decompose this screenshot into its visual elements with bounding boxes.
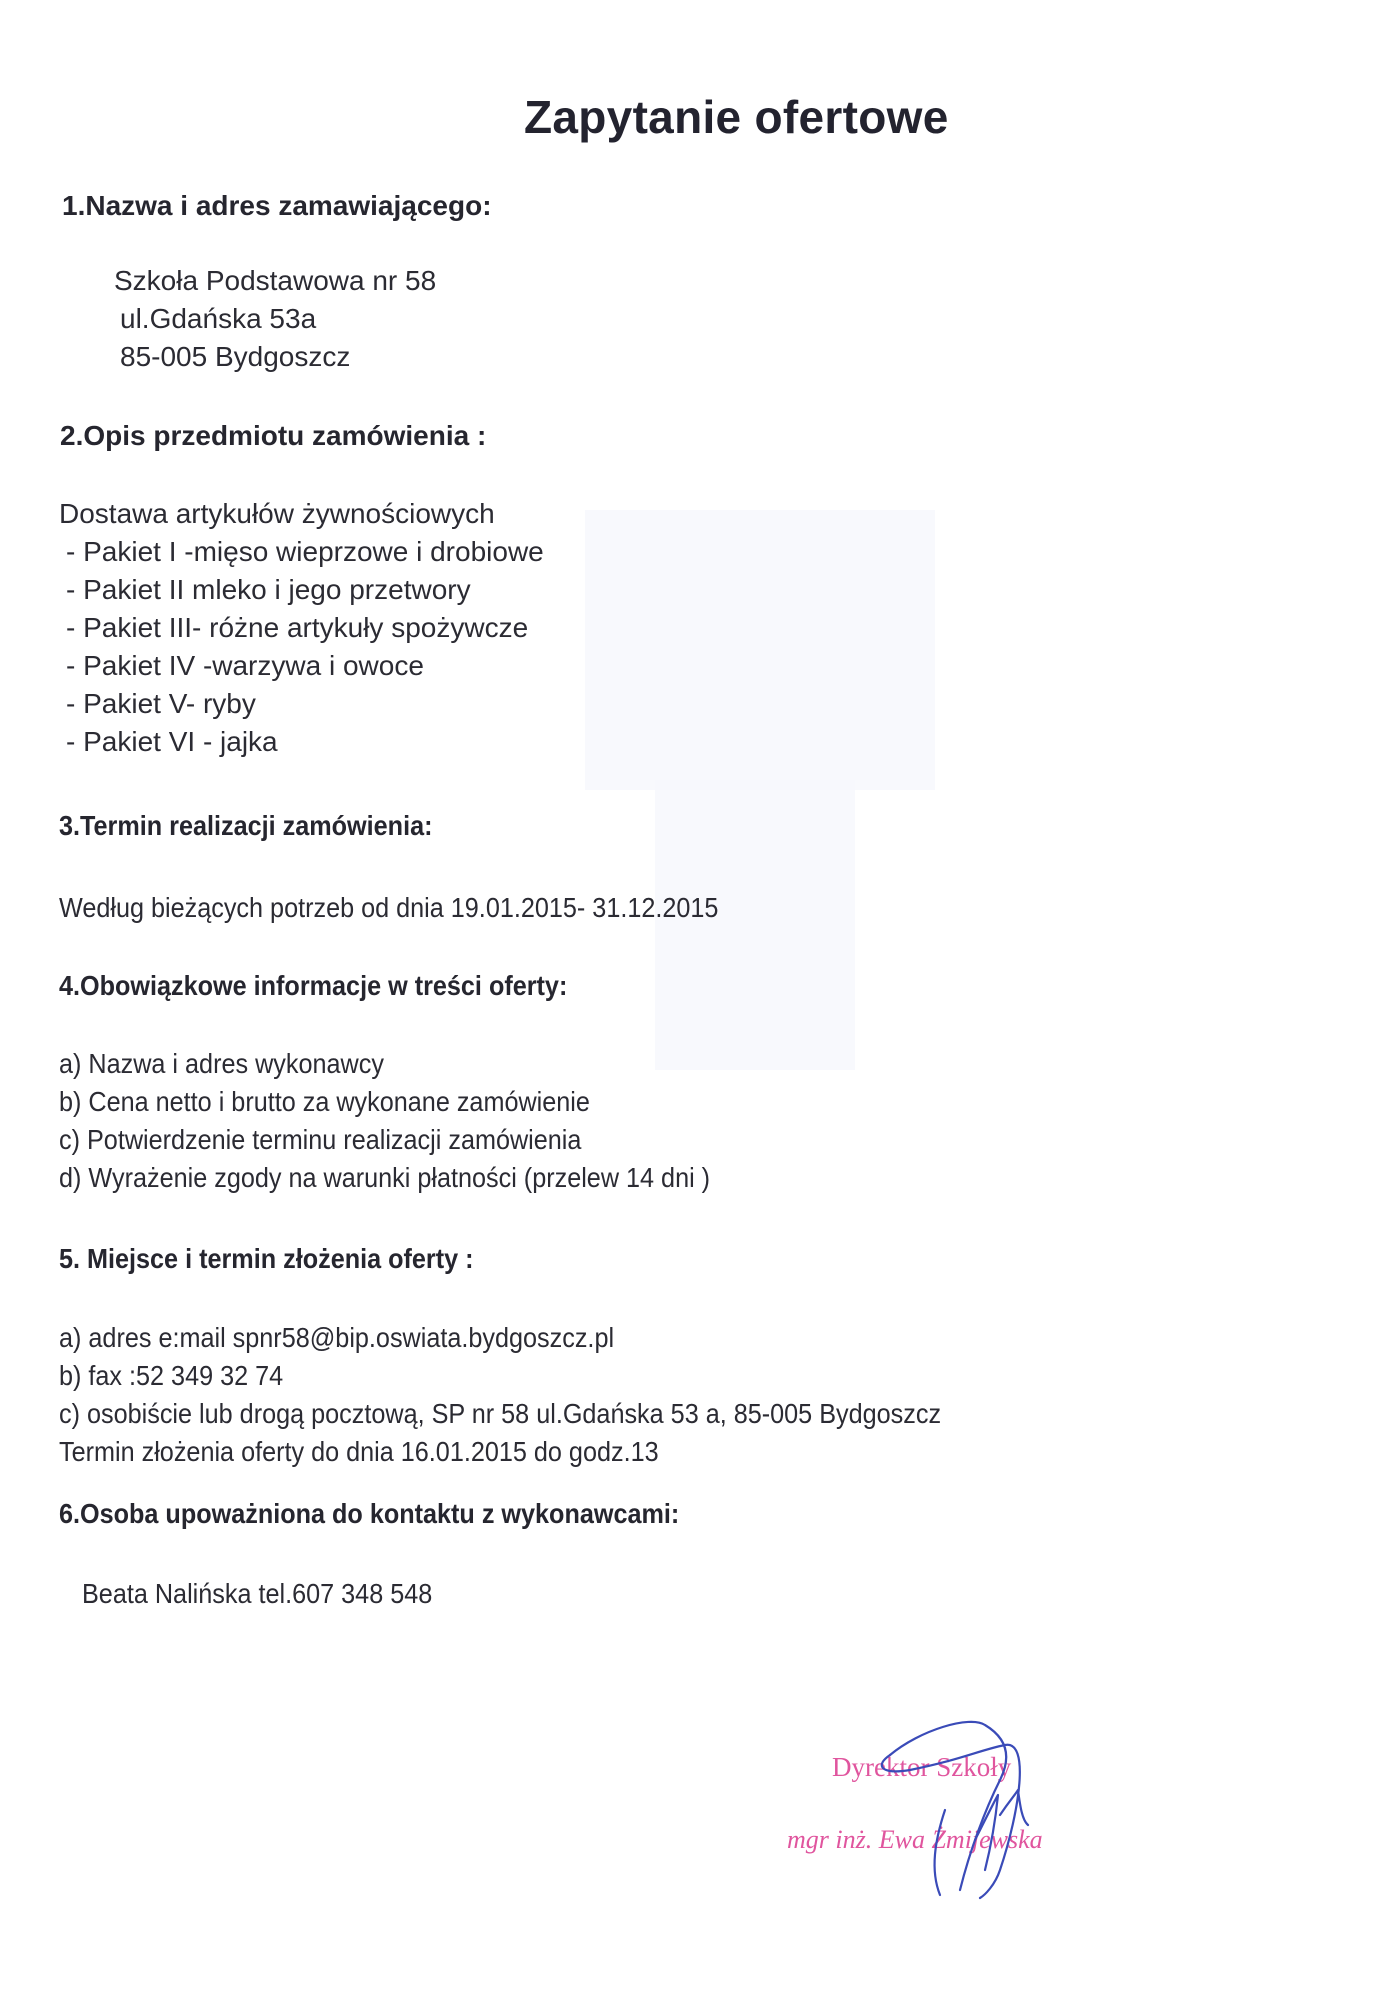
- address-line: ul.Gdańska 53a: [120, 303, 316, 335]
- address-line: Szkoła Podstawowa nr 58: [114, 265, 436, 297]
- submission-email: a) adres e:mail spnr58@bip.oswiata.bydgo…: [59, 1322, 614, 1354]
- scan-watermark: [585, 510, 935, 790]
- package-item: - Pakiet III- różne artykuły spożywcze: [66, 612, 528, 644]
- submission-mail: c) osobiście lub drogą pocztową, SP nr 5…: [59, 1398, 941, 1430]
- section-6-heading: 6.Osoba upoważniona do kontaktu z wykona…: [59, 1498, 679, 1530]
- handwritten-signature: [770, 1700, 1100, 1900]
- section-1-heading: 1.Nazwa i adres zamawiającego:: [62, 190, 492, 222]
- page-title: Zapytanie ofertowe: [524, 90, 949, 144]
- section-4-heading: 4.Obowiązkowe informacje w treści oferty…: [59, 970, 567, 1002]
- submission-deadline: Termin złożenia oferty do dnia 16.01.201…: [59, 1436, 659, 1468]
- package-item: - Pakiet V- ryby: [66, 688, 256, 720]
- scan-watermark: [655, 780, 855, 1070]
- package-item: - Pakiet IV -warzywa i owoce: [66, 650, 424, 682]
- section-2-heading: 2.Opis przedmiotu zamówienia :: [60, 420, 486, 452]
- package-item: - Pakiet I -mięso wieprzowe i drobiowe: [66, 536, 544, 568]
- package-item: - Pakiet II mleko i jego przetwory: [66, 574, 471, 606]
- section-5-heading: 5. Miejsce i termin złożenia oferty :: [59, 1243, 474, 1275]
- section-3-heading: 3.Termin realizacji zamówienia:: [59, 810, 432, 842]
- address-line: 85-005 Bydgoszcz: [120, 341, 350, 373]
- required-info-item: b) Cena netto i brutto za wykonane zamów…: [59, 1086, 590, 1118]
- required-info-item: d) Wyrażenie zgody na warunki płatności …: [59, 1162, 710, 1194]
- submission-fax: b) fax :52 349 32 74: [59, 1360, 283, 1392]
- order-intro: Dostawa artykułów żywnościowych: [59, 498, 495, 530]
- package-item: - Pakiet VI - jajka: [66, 726, 278, 758]
- required-info-item: a) Nazwa i adres wykonawcy: [59, 1048, 384, 1080]
- delivery-period: Według bieżących potrzeb od dnia 19.01.2…: [59, 892, 718, 924]
- required-info-item: c) Potwierdzenie terminu realizacji zamó…: [59, 1124, 581, 1156]
- contact-person: Beata Nalińska tel.607 348 548: [82, 1578, 432, 1610]
